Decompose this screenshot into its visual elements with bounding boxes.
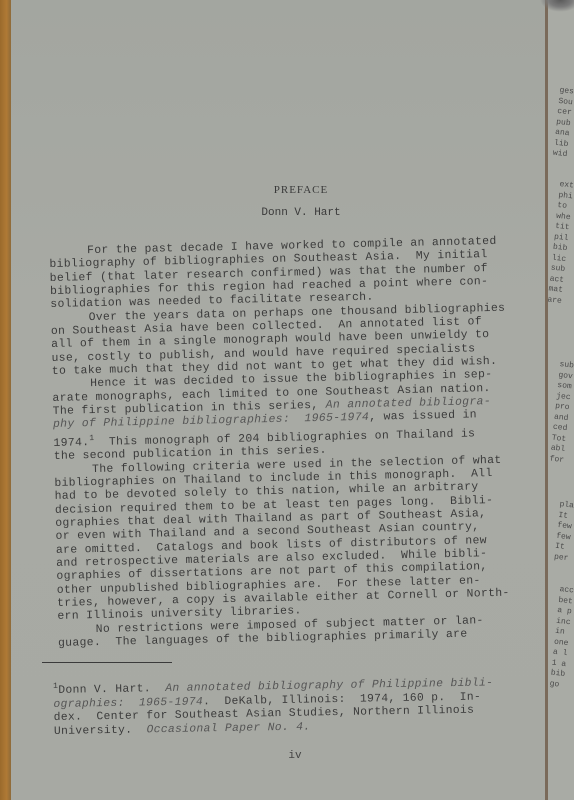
document-page: PREFACE Donn V. Hart For the past decade… xyxy=(11,0,545,800)
page-number: iv xyxy=(11,750,574,762)
text-fragment: acc bet a p inc in one a l 1 a bib go xyxy=(549,585,574,691)
page-corner-shadow xyxy=(540,0,574,12)
text-fragment: ext phi to whe tit pil bib lic sub act m… xyxy=(548,180,574,307)
text-fragment: 1974. xyxy=(53,437,89,450)
series-title: Occasional Paper No. 4. xyxy=(146,721,310,736)
book-edge xyxy=(0,0,11,800)
text-fragment: Donn V. Hart. xyxy=(58,683,165,697)
adjacent-page: ges Sou cer pub ana lib wid ext phi to w… xyxy=(548,0,574,800)
cited-title: ographies: 1965-1974 xyxy=(53,696,203,711)
text-fragment: University. xyxy=(54,724,147,738)
preface-body: For the past decade I have worked to com… xyxy=(49,234,568,651)
author-name: Donn V. Hart xyxy=(11,207,574,219)
text-fragment: sub gov som jec pro and ced Tot abl for xyxy=(549,360,574,466)
footnote: 1Donn V. Hart. An annotated bibliography… xyxy=(53,671,559,739)
footnote-divider xyxy=(42,662,172,663)
text-fragment: ges Sou cer pub ana lib wid xyxy=(552,86,574,161)
text-fragment: , was issued in xyxy=(369,410,477,424)
page-title: PREFACE xyxy=(11,184,574,196)
text-fragment: pla It few few It per xyxy=(553,500,574,564)
